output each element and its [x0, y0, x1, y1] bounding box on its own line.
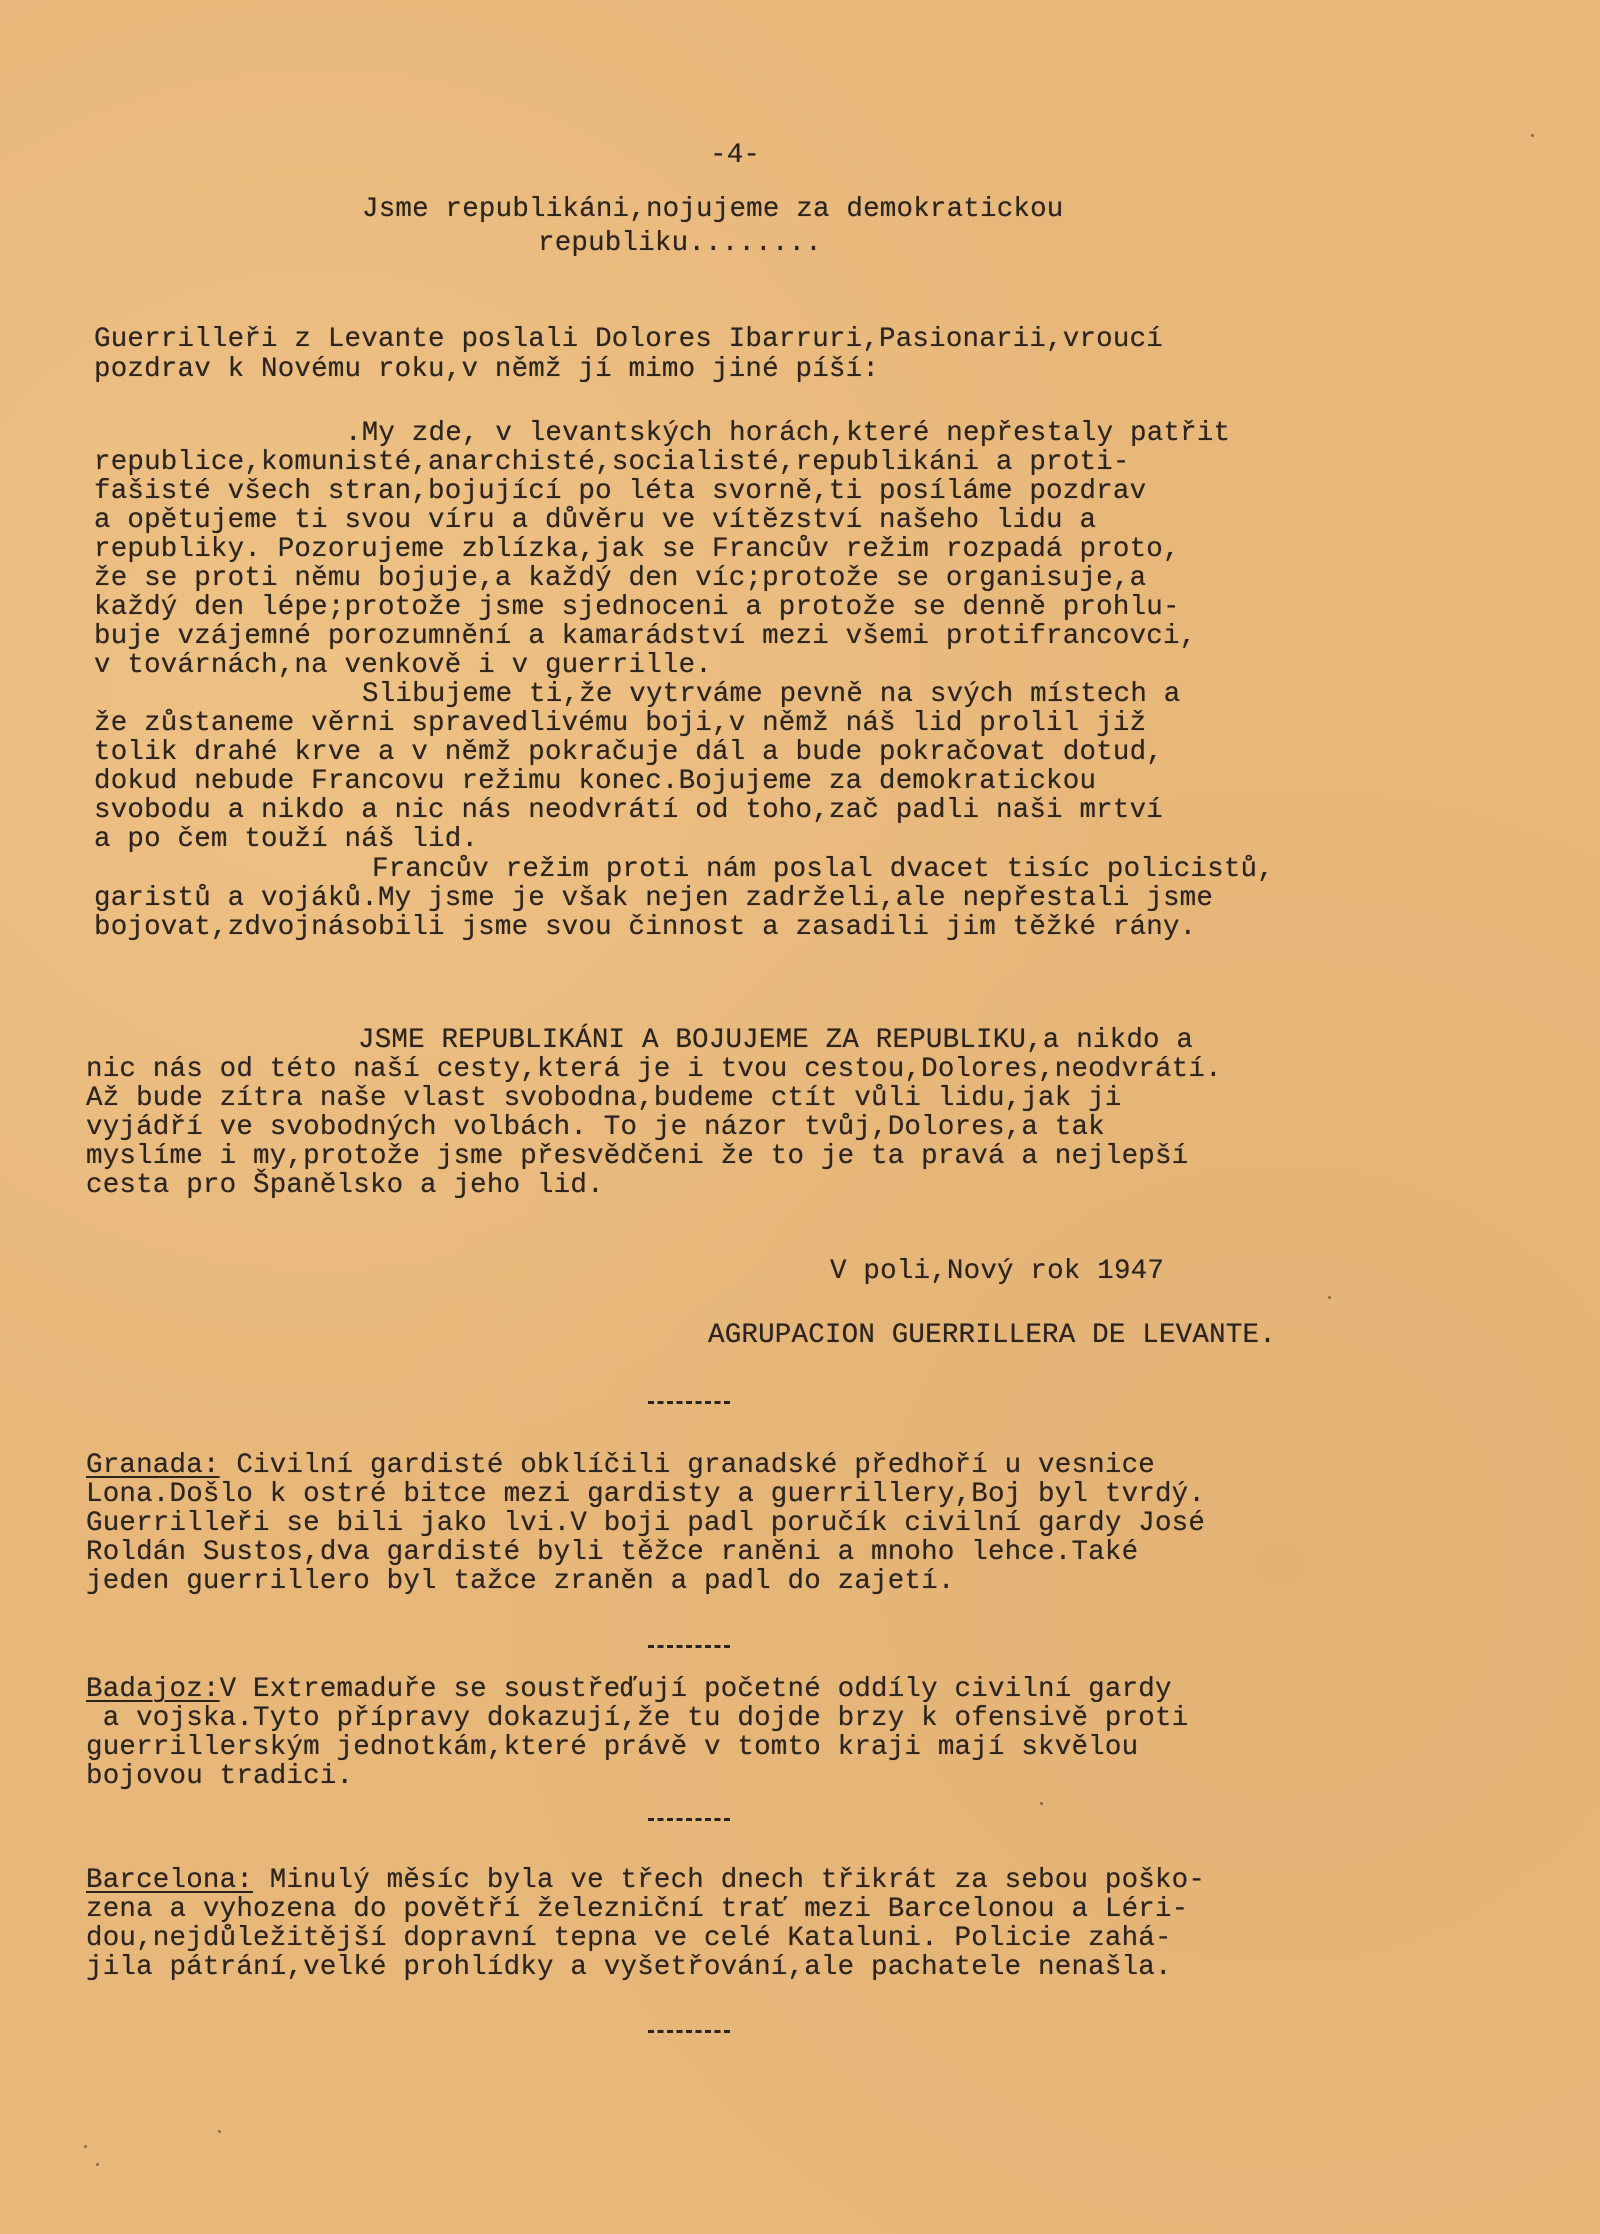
place-date: V poli,Nový rok 1947 [830, 1258, 1164, 1286]
report-line: Guerrilleři se bili jako lvi.V boji padl… [86, 1510, 1205, 1538]
report-line: a vojska.Tyto přípravy dokazují,že tu do… [86, 1705, 1188, 1733]
letter-line: republice,komunisté,anarchisté,socialist… [94, 449, 1130, 477]
report-place: Barcelona: [86, 1865, 253, 1896]
letter-line: Až bude zítra naše vlast svobodna,budeme… [86, 1085, 1122, 1113]
letter-line: garistů a vojáků.My jsme je však nejen z… [94, 885, 1213, 913]
typewritten-page: -4- Jsme republikáni,nojujeme za demokra… [0, 0, 1600, 2234]
letter-line: každý den lépe;protože jsme sjednoceni a… [94, 594, 1180, 622]
letter-line: vyjádří ve svobodných volbách. To je náz… [86, 1114, 1105, 1142]
report-line: dou,nejdůležitější dopravní tepna ve cel… [86, 1925, 1172, 1953]
intro-line: Guerrilleři z Levante poslali Dolores Ib… [94, 326, 1163, 354]
letter-line: a po čem touží náš lid. [94, 826, 478, 854]
letter-line: fašisté všech stran,bojující po léta svo… [94, 478, 1146, 506]
letter-line: JSME REPUBLIKÁNI A BOJUJEME ZA REPUBLIKU… [358, 1027, 1193, 1055]
letter-line: nic nás od této naší cesty,která je i tv… [86, 1056, 1222, 1084]
letter-line: myslíme i my,protože jsme přesvědčeni že… [86, 1143, 1188, 1171]
letter-line: buje vzájemné porozumnění a kamarádství … [94, 623, 1196, 651]
separator [648, 1645, 730, 1648]
paper-speck [96, 2163, 99, 2166]
letter-line: že se proti němu bojuje,a každý den víc;… [94, 565, 1146, 593]
separator [648, 1401, 730, 1404]
report-line: bojovou tradici. [86, 1763, 353, 1791]
report-line: jeden guerrillero byl tažce zraněn a pad… [86, 1568, 955, 1596]
title-line-2: republiku........ [538, 230, 822, 258]
letter-line: že zůstaneme věrni spravedlivému boji,v … [94, 710, 1146, 738]
page-number: -4- [710, 142, 760, 170]
report-text: V Extremaduře se soustřeďují početné odd… [220, 1674, 1172, 1705]
letter-line: bojovat,zdvojnásobili jsme svou činnost … [94, 914, 1196, 942]
paper-speck [218, 2130, 221, 2133]
letter-line: tolik drahé krve a v němž pokračuje dál … [94, 739, 1163, 767]
title-line-1: Jsme republikáni,nojujeme za demokratick… [362, 196, 1064, 224]
letter-line: Francův režim proti nám poslal dvacet ti… [372, 856, 1274, 884]
letter-line: dokud nebude Francovu režimu konec.Bojuj… [94, 768, 1096, 796]
letter-line: svobodu a nikdo a nic nás neodvrátí od t… [94, 797, 1163, 825]
letter-line: Slibujeme ti,že vytrváme pevně na svých … [362, 681, 1180, 709]
letter-line: a opětujeme ti svou víru a důvěru ve vít… [94, 507, 1096, 535]
paper-speck [84, 2145, 87, 2148]
report-line: Badajoz:V Extremaduře se soustřeďují poč… [86, 1676, 1172, 1704]
letter-line: .My zde, v levantských horách,které nepř… [345, 420, 1230, 448]
report-line: Lona.Došlo k ostré bitce mezi gardisty a… [86, 1481, 1205, 1509]
paper-speck [1040, 1802, 1043, 1805]
intro-line: pozdrav k Novému roku,v němž jí mimo jin… [94, 356, 879, 384]
report-line: guerrillerským jednotkám,které právě v t… [86, 1734, 1138, 1762]
paper-speck [1531, 134, 1534, 137]
report-place: Granada: [86, 1450, 220, 1481]
report-line: Granada: Civilní gardisté obklíčili gran… [86, 1452, 1155, 1480]
letter-line: v továrnách,na venkově i v guerrille. [94, 652, 712, 680]
report-place: Badajoz: [86, 1674, 220, 1705]
signature: AGRUPACION GUERRILLERA DE LEVANTE. [708, 1322, 1276, 1350]
report-line: zena a vyhozena do povětří železniční tr… [86, 1896, 1188, 1924]
separator [648, 2030, 730, 2033]
separator [648, 1818, 730, 1821]
paper-speck [1328, 1296, 1331, 1299]
report-line: jila pátrání,velké prohlídky a vyšetřová… [86, 1954, 1172, 1982]
letter-line: republiky. Pozorujeme zblízka,jak se Fra… [94, 536, 1180, 564]
report-line: Roldán Sustos,dva gardisté byli těžce ra… [86, 1539, 1138, 1567]
report-text: Minulý měsíc byla ve třech dnech třikrát… [253, 1865, 1205, 1896]
report-text: Civilní gardisté obklíčili granadské pře… [220, 1450, 1155, 1481]
letter-line: cesta pro Španělsko a jeho lid. [86, 1172, 604, 1200]
report-line: Barcelona: Minulý měsíc byla ve třech dn… [86, 1867, 1205, 1895]
